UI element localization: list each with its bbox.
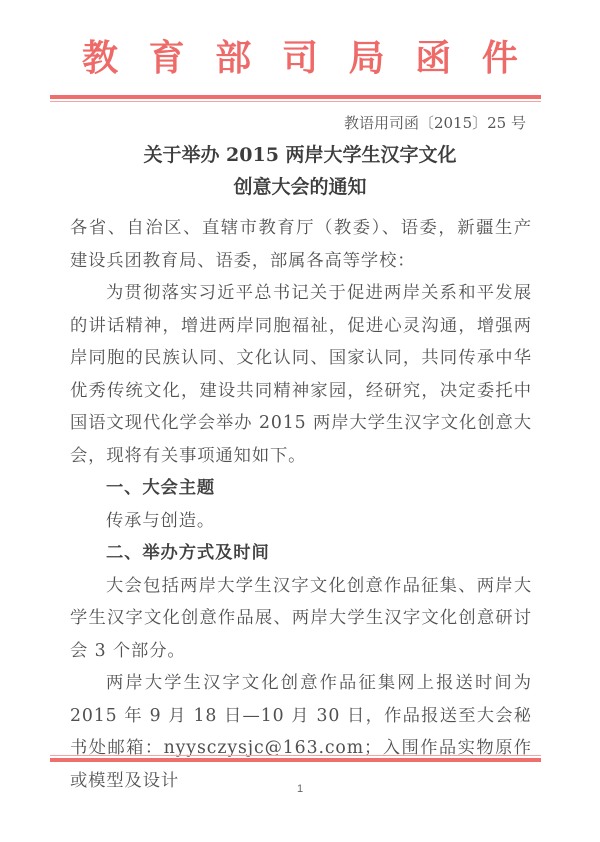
letterhead-char: 司 [280,30,320,81]
section-heading-theme: 一、大会主题 [70,472,532,505]
section-paragraph-submission: 两岸大学生汉字文化创意作品征集网上报送时间为 2015 年 9 月 18 日—1… [70,667,532,797]
salutation: 各省、自治区、直辖市教育厅（教委）、语委，新疆生产建设兵团教育局、语委，部属各高… [70,212,532,277]
letterhead-char: 件 [480,30,520,81]
section-heading-method-time: 二、举办方式及时间 [70,537,532,570]
letterhead-char: 教 [80,30,120,81]
document-title-line1: 关于举办 2015 两岸大学生汉字文化 [0,140,600,167]
letterhead-title: 教 育 部 司 局 函 件 [80,32,520,78]
page-number: 1 [0,783,600,795]
letterhead-char: 部 [213,30,253,81]
document-body: 各省、自治区、直辖市教育厅（教委）、语委，新疆生产建设兵团教育局、语委，部属各高… [70,212,532,797]
letterhead-char: 局 [347,30,387,81]
footer-rule-thin [50,755,541,756]
section-paragraph-components: 大会包括两岸大学生汉字文化创意作品征集、两岸大学生汉字文化创意作品展、两岸大学生… [70,570,532,668]
document-title-line2: 创意大会的通知 [0,172,600,199]
header-rule-thick [50,95,541,99]
letterhead-char: 函 [413,30,453,81]
footer-rule-thick [50,758,541,762]
document-number: 教语用司函〔2015〕25 号 [344,112,526,133]
intro-paragraph: 为贯彻落实习近平总书记关于促进两岸关系和平发展的讲话精神，增进两岸同胞福祉，促进… [70,277,532,472]
letterhead-char: 育 [147,30,187,81]
section-text-theme: 传承与创造。 [70,505,532,538]
header-rule-thin [50,101,541,102]
